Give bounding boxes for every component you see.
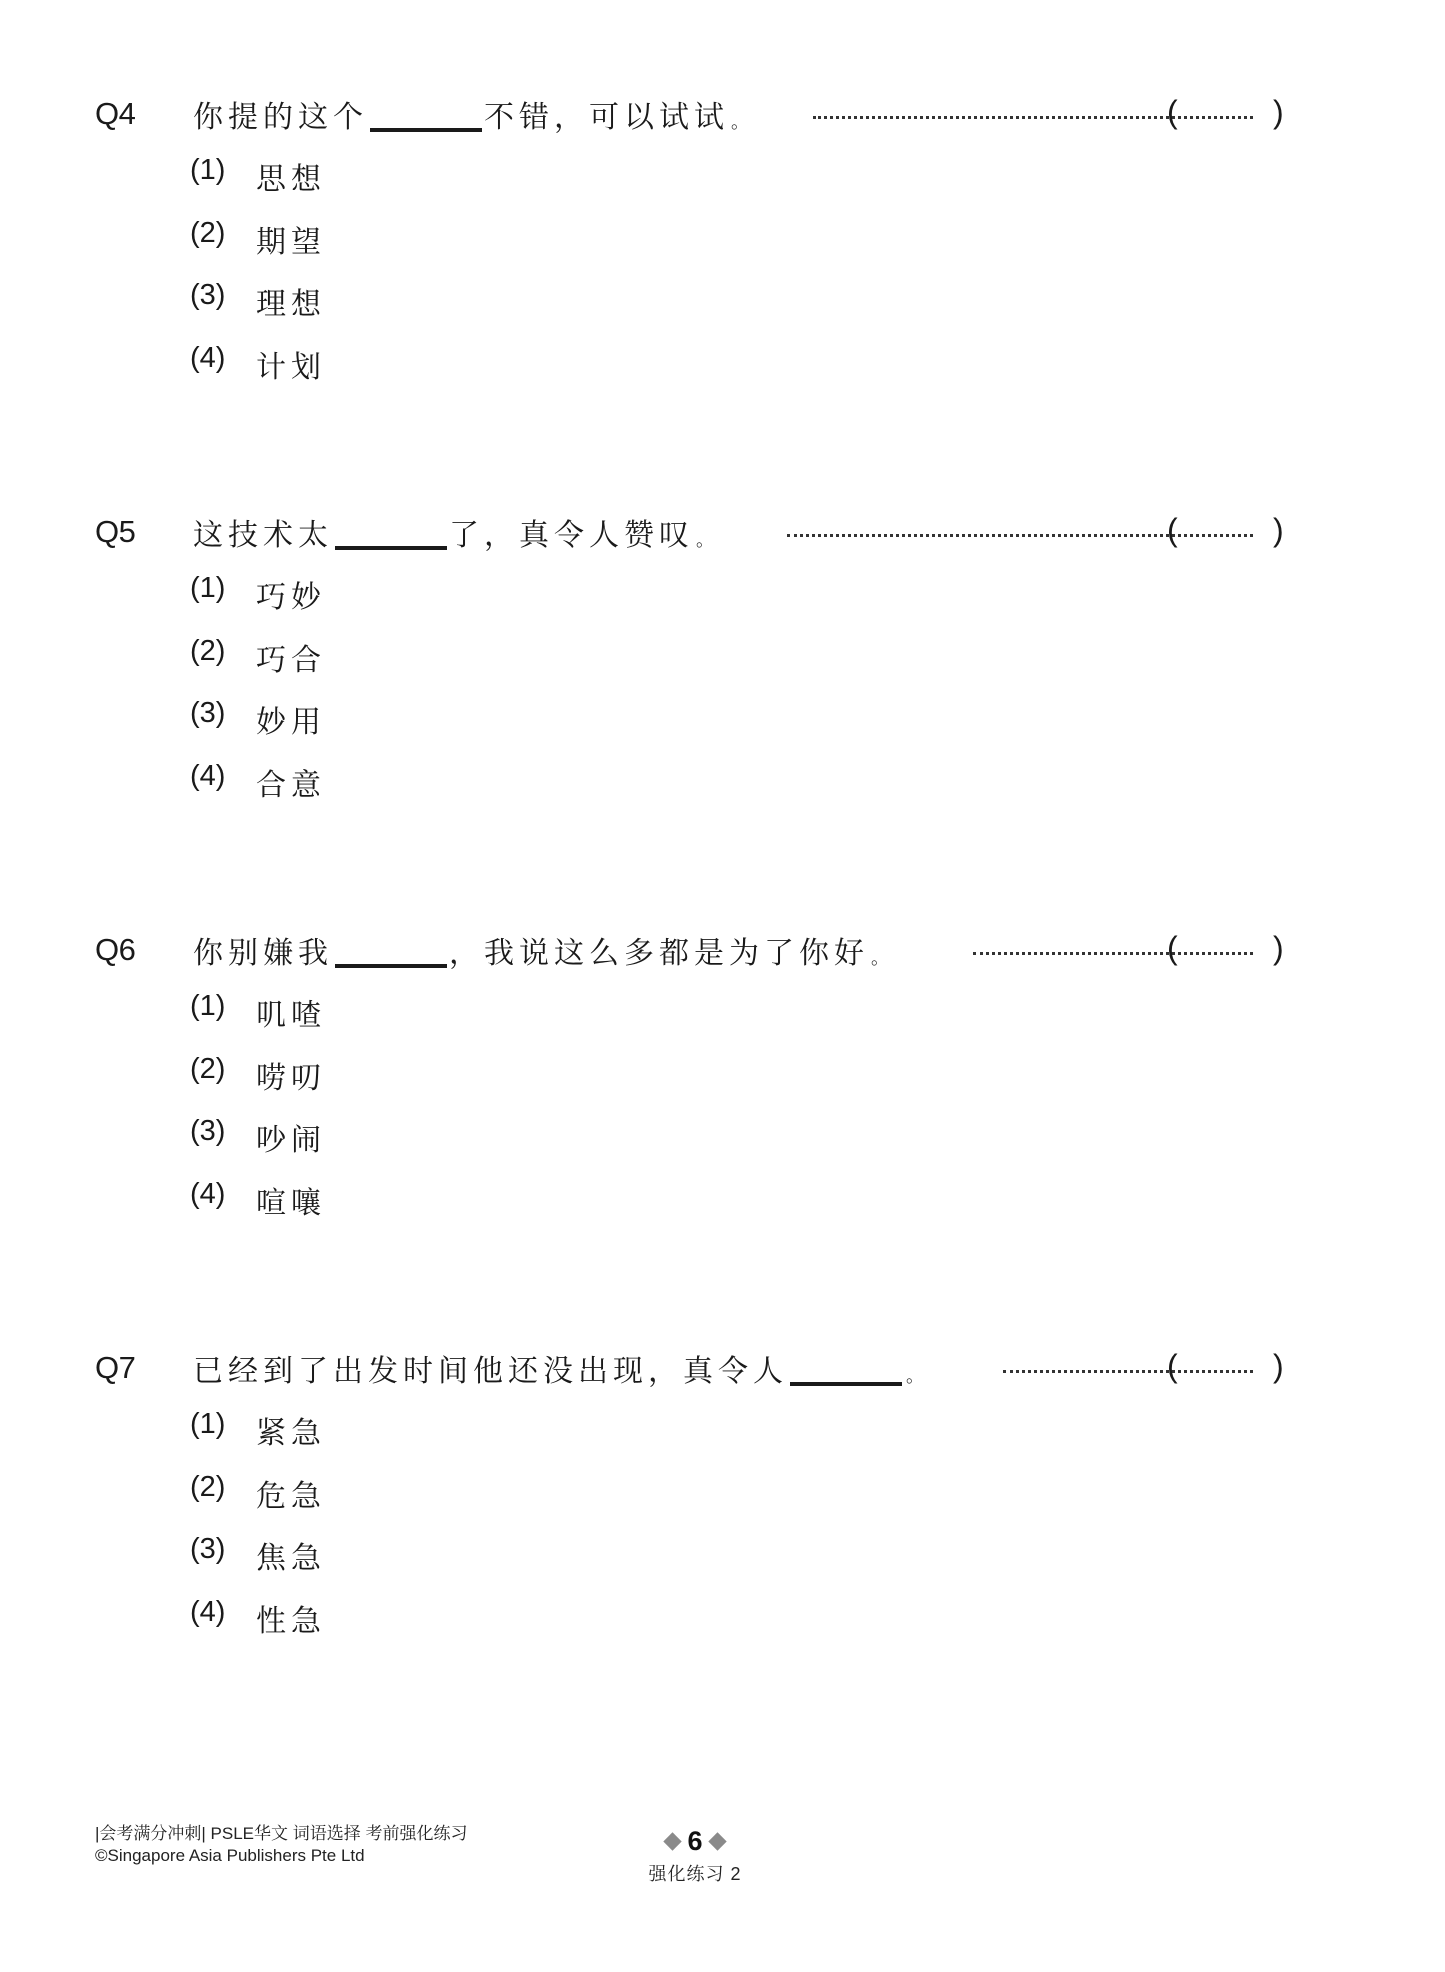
answer-bracket-open: ( [1167, 930, 1178, 967]
question-number: Q6 [95, 932, 193, 968]
question-q5: Q5 这技术太 了，真令人赞叹 。 ( ) (1)巧妙 (2)巧合 (3)妙用 … [95, 510, 1345, 822]
option-text: 性急 [256, 1596, 326, 1640]
dotted-leader [1003, 1370, 1253, 1373]
answer-bracket-close: ) [1273, 512, 1284, 549]
option-number: (2) [190, 217, 256, 250]
options-list: (1)紧急 (2)危急 (3)焦急 (4)性急 [190, 1408, 1345, 1658]
footer-center: 6 强化练习 2 [620, 1826, 770, 1886]
copyright: ©Singapore Asia Publishers Pte Ltd [95, 1845, 467, 1867]
answer-blank [335, 964, 447, 968]
page-number: 6 [687, 1826, 702, 1857]
option-text: 焦急 [256, 1533, 326, 1577]
option-item: (1)思想 [190, 154, 1345, 217]
question-text-after: 了，真令人赞叹 [449, 510, 694, 554]
option-text: 计划 [256, 342, 326, 386]
section-label: 强化练习 2 [620, 1860, 770, 1886]
option-number: (1) [190, 990, 256, 1023]
option-text: 吵闹 [256, 1115, 326, 1159]
option-number: (2) [190, 1053, 256, 1086]
question-text: 你别嫌我 ，我说这么多都是为了你好 。 [193, 928, 889, 972]
question-line: Q5 这技术太 了，真令人赞叹 。 ( ) [95, 510, 1345, 554]
option-item: (2)巧合 [190, 635, 1345, 698]
answer-bracket-close: ) [1273, 94, 1284, 131]
full-stop: 。 [696, 526, 714, 554]
series-title: |会考满分冲刺| PSLE华文 词语选择 考前强化练习 [95, 1823, 467, 1845]
option-text: 期望 [256, 217, 326, 261]
question-number: Q4 [95, 96, 193, 132]
diamond-icon [708, 1832, 726, 1850]
option-text: 紧急 [256, 1408, 326, 1452]
question-text: 已经到了出发时间他还没出现，真令人 。 [193, 1346, 924, 1390]
option-text: 喧嚷 [256, 1178, 326, 1222]
dotted-leader [813, 116, 1253, 119]
full-stop: 。 [731, 108, 749, 136]
option-number: (4) [190, 1178, 256, 1211]
question-line: Q6 你别嫌我 ，我说这么多都是为了你好 。 ( ) [95, 928, 1345, 972]
question-text-before: 已经到了出发时间他还没出现，真令人 [193, 1346, 788, 1390]
question-text-before: 你别嫌我 [193, 928, 333, 972]
option-number: (4) [190, 342, 256, 375]
option-item: (4)喧嚷 [190, 1178, 1345, 1241]
options-list: (1)思想 (2)期望 (3)理想 (4)计划 [190, 154, 1345, 404]
option-item: (3)吵闹 [190, 1115, 1345, 1178]
option-text: 唠叨 [256, 1053, 326, 1097]
option-number: (3) [190, 1533, 256, 1566]
option-text: 危急 [256, 1471, 326, 1515]
option-item: (2)期望 [190, 217, 1345, 280]
answer-bracket-close: ) [1273, 930, 1284, 967]
page-number-row: 6 [620, 1826, 770, 1856]
option-number: (4) [190, 1596, 256, 1629]
option-text: 巧妙 [256, 572, 326, 616]
dotted-leader [973, 952, 1253, 955]
option-item: (2)危急 [190, 1471, 1345, 1534]
option-text: 妙用 [256, 697, 326, 741]
answer-blank [370, 128, 482, 132]
option-item: (3)焦急 [190, 1533, 1345, 1596]
option-number: (1) [190, 1408, 256, 1441]
footer-left: |会考满分冲刺| PSLE华文 词语选择 考前强化练习 ©Singapore A… [95, 1823, 467, 1867]
question-number: Q5 [95, 514, 193, 550]
answer-bracket-open: ( [1167, 1348, 1178, 1385]
option-item: (1)紧急 [190, 1408, 1345, 1471]
option-number: (3) [190, 279, 256, 312]
option-number: (4) [190, 760, 256, 793]
answer-blank [335, 546, 447, 550]
question-text-before: 这技术太 [193, 510, 333, 554]
options-list: (1)叽喳 (2)唠叨 (3)吵闹 (4)喧嚷 [190, 990, 1345, 1240]
option-item: (3)妙用 [190, 697, 1345, 760]
option-number: (1) [190, 572, 256, 605]
question-q6: Q6 你别嫌我 ，我说这么多都是为了你好 。 ( ) (1)叽喳 (2)唠叨 (… [95, 928, 1345, 1240]
question-text: 你提的这个 不错，可以试试 。 [193, 92, 749, 136]
option-text: 合意 [256, 760, 326, 804]
answer-blank [790, 1382, 902, 1386]
option-item: (1)巧妙 [190, 572, 1345, 635]
question-text-before: 你提的这个 [193, 92, 368, 136]
answer-bracket-close: ) [1273, 1348, 1284, 1385]
options-list: (1)巧妙 (2)巧合 (3)妙用 (4)合意 [190, 572, 1345, 822]
answer-bracket-open: ( [1167, 94, 1178, 131]
option-item: (4)性急 [190, 1596, 1345, 1659]
full-stop: 。 [906, 1362, 924, 1390]
option-item: (4)计划 [190, 342, 1345, 405]
question-q7: Q7 已经到了出发时间他还没出现，真令人 。 ( ) (1)紧急 (2)危急 (… [95, 1346, 1345, 1658]
option-item: (4)合意 [190, 760, 1345, 823]
question-line: Q7 已经到了出发时间他还没出现，真令人 。 ( ) [95, 1346, 1345, 1390]
option-item: (2)唠叨 [190, 1053, 1345, 1116]
option-item: (1)叽喳 [190, 990, 1345, 1053]
option-number: (2) [190, 635, 256, 668]
dotted-leader [787, 534, 1253, 537]
option-text: 理想 [256, 279, 326, 323]
answer-bracket-open: ( [1167, 512, 1178, 549]
option-text: 巧合 [256, 635, 326, 679]
question-text: 这技术太 了，真令人赞叹 。 [193, 510, 714, 554]
option-text: 思想 [256, 154, 326, 198]
question-text-after: ，我说这么多都是为了你好 [449, 928, 869, 972]
question-text-after: 不错，可以试试 [484, 92, 729, 136]
option-number: (3) [190, 697, 256, 730]
full-stop: 。 [871, 944, 889, 972]
option-number: (1) [190, 154, 256, 187]
question-q4: Q4 你提的这个 不错，可以试试 。 ( ) (1)思想 (2)期望 (3)理想… [95, 92, 1345, 404]
option-number: (3) [190, 1115, 256, 1148]
option-number: (2) [190, 1471, 256, 1504]
option-text: 叽喳 [256, 990, 326, 1034]
question-line: Q4 你提的这个 不错，可以试试 。 ( ) [95, 92, 1345, 136]
diamond-icon [664, 1832, 682, 1850]
question-number: Q7 [95, 1350, 193, 1386]
option-item: (3)理想 [190, 279, 1345, 342]
